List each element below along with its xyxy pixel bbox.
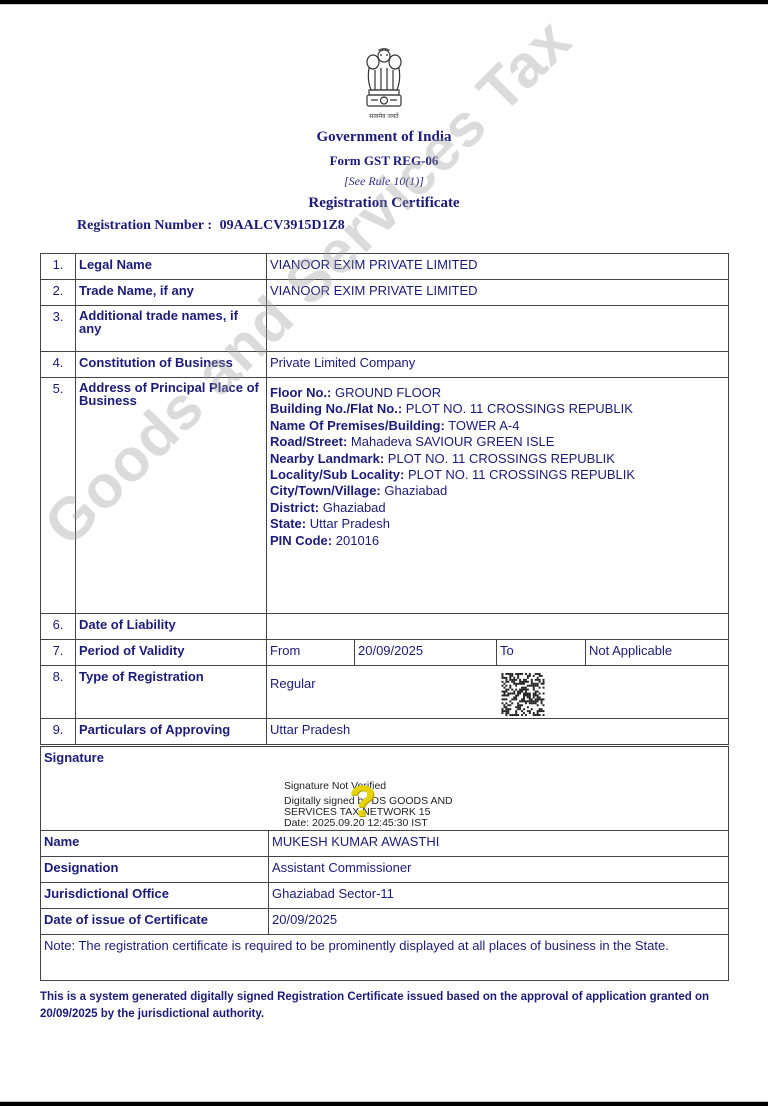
- validity-from-value: 20/09/2025: [355, 640, 497, 666]
- constitution-value: Private Limited Company: [267, 352, 729, 378]
- registration-type-value: Regular: [267, 666, 729, 719]
- table-row: 8. Type of Registration Regular: [41, 666, 729, 719]
- table-row: 1. Legal Name VIANOOR EXIM PRIVATE LIMIT…: [41, 254, 729, 280]
- validity-to-value: Not Applicable: [586, 640, 729, 666]
- emblem-caption: सत्यमेव जयते: [340, 112, 428, 120]
- row-label: Additional trade names, if any: [76, 306, 267, 352]
- address-line: State: Uttar Pradesh: [270, 516, 725, 532]
- row-number: 2.: [41, 280, 76, 306]
- table-row: Designation Assistant Commissioner: [41, 857, 729, 883]
- row-label: Type of Registration: [76, 666, 267, 719]
- address-line: Building No./Flat No.: PLOT NO. 11 CROSS…: [270, 401, 725, 417]
- note-text: Note: The registration certificate is re…: [41, 935, 729, 981]
- address-line: Name Of Premises/Building: TOWER A-4: [270, 418, 725, 434]
- table-row: Jurisdictional Office Ghaziabad Sector-1…: [41, 883, 729, 909]
- bottom-border: [0, 1102, 768, 1106]
- row-number: 5.: [41, 378, 76, 614]
- address-line: Locality/Sub Locality: PLOT NO. 11 CROSS…: [270, 467, 725, 483]
- table-row: 5. Address of Principal Place of Busines…: [41, 378, 729, 614]
- certificate-title: Registration Certificate: [0, 195, 768, 212]
- address-line: City/Town/Village: Ghaziabad: [270, 483, 725, 499]
- approving-particulars-value: Uttar Pradesh: [267, 719, 729, 745]
- row-label: Address of Principal Place of Business: [76, 378, 267, 614]
- row-label: Constitution of Business: [76, 352, 267, 378]
- row-number: 1.: [41, 254, 76, 280]
- address-value: Floor No.: GROUND FLOOR Building No./Fla…: [267, 378, 729, 614]
- jurisdictional-office-label: Jurisdictional Office: [41, 883, 269, 909]
- qr-code: [501, 673, 545, 716]
- designation-value: Assistant Commissioner: [269, 857, 729, 883]
- trade-name-value: VIANOOR EXIM PRIVATE LIMITED: [267, 280, 729, 306]
- issue-date-label: Date of issue of Certificate: [41, 909, 269, 935]
- form-heading: Form GST REG-06: [0, 153, 768, 169]
- officer-name-value: MUKESH KUMAR AWASTHI: [269, 831, 729, 857]
- row-number: 7.: [41, 640, 76, 666]
- table-row: 3. Additional trade names, if any: [41, 306, 729, 352]
- registration-number-label: Registration Number :: [77, 218, 212, 233]
- address-line: Nearby Landmark: PLOT NO. 11 CROSSINGS R…: [270, 451, 725, 467]
- row-number: 6.: [41, 614, 76, 640]
- question-mark-icon: ?: [349, 780, 376, 824]
- validity-from-label: From: [267, 640, 355, 666]
- top-border-shadow: [0, 4, 768, 5]
- designation-label: Designation: [41, 857, 269, 883]
- registration-number-value: 09AALCV3915D1Z8: [220, 218, 345, 233]
- rule-reference: [See Rule 10(1)]: [0, 174, 768, 189]
- issue-date-value: 20/09/2025: [269, 909, 729, 935]
- address-line: Floor No.: GROUND FLOOR: [270, 385, 725, 401]
- table-row: 7. Period of Validity From 20/09/2025 To…: [41, 640, 729, 666]
- row-number: 3.: [41, 306, 76, 352]
- validity-to-label: To: [497, 640, 586, 666]
- table-row: 6. Date of Liability: [41, 614, 729, 640]
- row-label: Legal Name: [76, 254, 267, 280]
- row-number: 9.: [41, 719, 76, 745]
- table-row: 2. Trade Name, if any VIANOOR EXIM PRIVA…: [41, 280, 729, 306]
- row-number: 8.: [41, 666, 76, 719]
- footer-statement: This is a system generated digitally sig…: [40, 989, 730, 1023]
- address-line: District: Ghaziabad: [270, 500, 725, 516]
- registration-details-table: 1. Legal Name VIANOOR EXIM PRIVATE LIMIT…: [40, 253, 729, 745]
- table-row: Date of issue of Certificate 20/09/2025: [41, 909, 729, 935]
- table-row: Name MUKESH KUMAR AWASTHI: [41, 831, 729, 857]
- additional-trade-names-value: [267, 306, 729, 352]
- jurisdictional-office-value: Ghaziabad Sector-11: [269, 883, 729, 909]
- table-row: 9. Particulars of Approving Uttar Prades…: [41, 719, 729, 745]
- row-label: Period of Validity: [76, 640, 267, 666]
- row-label: Date of Liability: [76, 614, 267, 640]
- address-line: PIN Code: 201016: [270, 533, 725, 549]
- note-row: Note: The registration certificate is re…: [41, 935, 729, 981]
- officer-name-label: Name: [41, 831, 269, 857]
- date-of-liability-value: [267, 614, 729, 640]
- row-number: 4.: [41, 352, 76, 378]
- government-heading: Government of India: [0, 129, 768, 146]
- table-row: 4. Constitution of Business Private Limi…: [41, 352, 729, 378]
- row-label: Particulars of Approving: [76, 719, 267, 745]
- row-label: Trade Name, if any: [76, 280, 267, 306]
- legal-name-value: VIANOOR EXIM PRIVATE LIMITED: [267, 254, 729, 280]
- national-emblem-icon: [361, 46, 407, 112]
- address-line: Road/Street: Mahadeva SAVIOUR GREEN ISLE: [270, 434, 725, 450]
- registration-number: Registration Number : 09AALCV3915D1Z8: [77, 218, 345, 234]
